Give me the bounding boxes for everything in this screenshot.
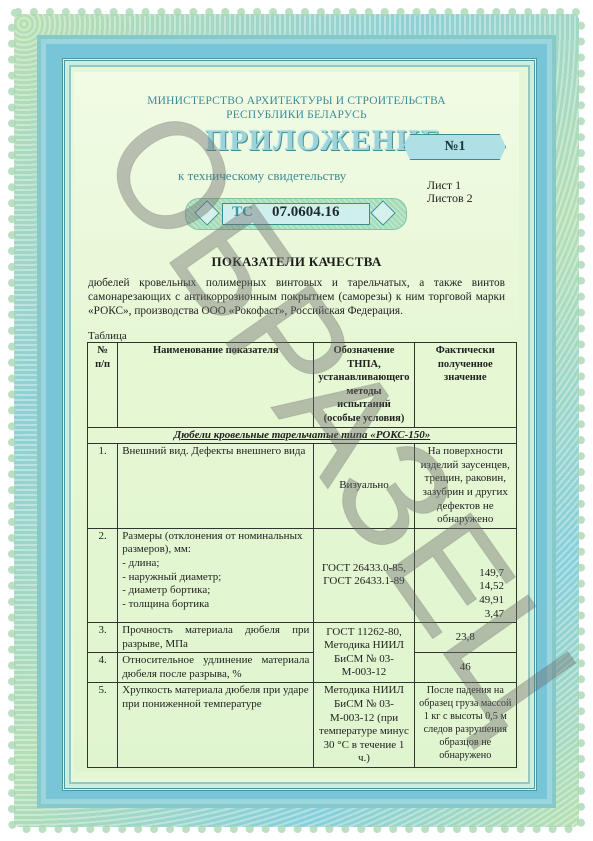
indicator-subitem: - диаметр бортика;: [122, 584, 309, 598]
row-test-method: Визуально: [314, 444, 414, 529]
row-number: 3.: [88, 623, 118, 653]
indicator-subitem: - наружный диаметр;: [122, 571, 309, 585]
value-collar-thickness: 3,47: [419, 608, 504, 622]
header-actual-value: Фактически полученное значение: [414, 343, 516, 428]
quality-indicators-table: № п/п Наименование показателя Обозначени…: [87, 342, 517, 768]
document-content: МИНИСТЕРСТВО АРХИТЕКТУРЫ И СТРОИТЕЛЬСТВА…: [0, 0, 593, 841]
tc-prefix: ТС: [232, 204, 253, 221]
header-test-method: Обозначение ТНПА, устанавливающего метод…: [314, 343, 414, 428]
row-actual-value: После падения на образец груза массой 1 …: [414, 683, 516, 768]
table-header-row: № п/п Наименование показателя Обозначени…: [88, 343, 517, 428]
row-indicator-name: Относительное удлинение материала дюбеля…: [118, 653, 314, 683]
table-row: 5. Хрупкость материала дюбеля при ударе …: [88, 683, 517, 768]
value-outer-diameter: 14,52: [419, 580, 504, 594]
row-indicator-name: Прочность материала дюбеля при разрыве, …: [118, 623, 314, 653]
indicator-subitem: - длина;: [122, 557, 309, 571]
value-collar-diameter: 49,91: [419, 594, 504, 608]
ministry-name-line1: МИНИСТЕРСТВО АРХИТЕКТУРЫ И СТРОИТЕЛЬСТВА: [0, 94, 593, 108]
intro-paragraph: дюбелей кровельных полимерных винтовых и…: [88, 276, 505, 318]
row-test-method: Методика НИИЛ БиСМ № 03-М-003-12 (при те…: [314, 683, 414, 768]
section-title: ПОКАЗАТЕЛИ КАЧЕСТВА: [0, 254, 593, 270]
row-indicator-name: Размеры (отклонения от номинальных разме…: [118, 528, 314, 622]
row-actual-value: 46: [414, 653, 516, 683]
appendix-number-badge: №1: [404, 134, 506, 160]
header-indicator-name: Наименование показателя: [118, 343, 314, 428]
value-length: 149,7: [419, 567, 504, 581]
appendix-title: ПРИЛОЖЕНИЕ: [205, 124, 441, 158]
row-number: 1.: [88, 444, 118, 529]
table-caption: Таблица: [88, 330, 127, 342]
row-test-method: ГОСТ 11262-80, Методика НИИЛ БиСМ № 03-М…: [314, 623, 414, 683]
table-row: 2. Размеры (отклонения от номинальных ра…: [88, 528, 517, 622]
row-actual-value: 23,8: [414, 623, 516, 653]
row-actual-values: 149,7 14,52 49,91 3,47: [414, 528, 516, 622]
row-number: 4.: [88, 653, 118, 683]
row-number: 2.: [88, 528, 118, 622]
header-number: № п/п: [88, 343, 118, 428]
row-actual-value: На поверхности изделий заусенцев, трещин…: [414, 444, 516, 529]
indicator-subitem: - толщина бортика: [122, 598, 309, 612]
row-test-method: ГОСТ 26433.0-85, ГОСТ 26433.1-89: [314, 528, 414, 622]
indicator-name-text: Размеры (отклонения от номинальных разме…: [122, 530, 309, 557]
row-indicator-name: Внешний вид. Дефекты внешнего вида: [118, 444, 314, 529]
group-title: Дюбели кровельные тарельчатые типа «РОКС…: [88, 427, 517, 444]
sheets-total: Листов 2: [427, 191, 473, 206]
table-row: 3. Прочность материала дюбеля при разрыв…: [88, 623, 517, 653]
ministry-name-line2: РЕСПУБЛИКИ БЕЛАРУСЬ: [0, 108, 593, 122]
row-indicator-name: Хрупкость материала дюбеля при ударе при…: [118, 683, 314, 768]
appendix-subtitle: к техническому свидетельству: [178, 168, 346, 184]
row-number: 5.: [88, 683, 118, 768]
table-row: 4. Относительное удлинение материала дюб…: [88, 653, 517, 683]
table-group-row: Дюбели кровельные тарельчатые типа «РОКС…: [88, 427, 517, 444]
tc-number: 07.0604.16: [272, 204, 340, 221]
table-row: 1. Внешний вид. Дефекты внешнего вида Ви…: [88, 444, 517, 529]
